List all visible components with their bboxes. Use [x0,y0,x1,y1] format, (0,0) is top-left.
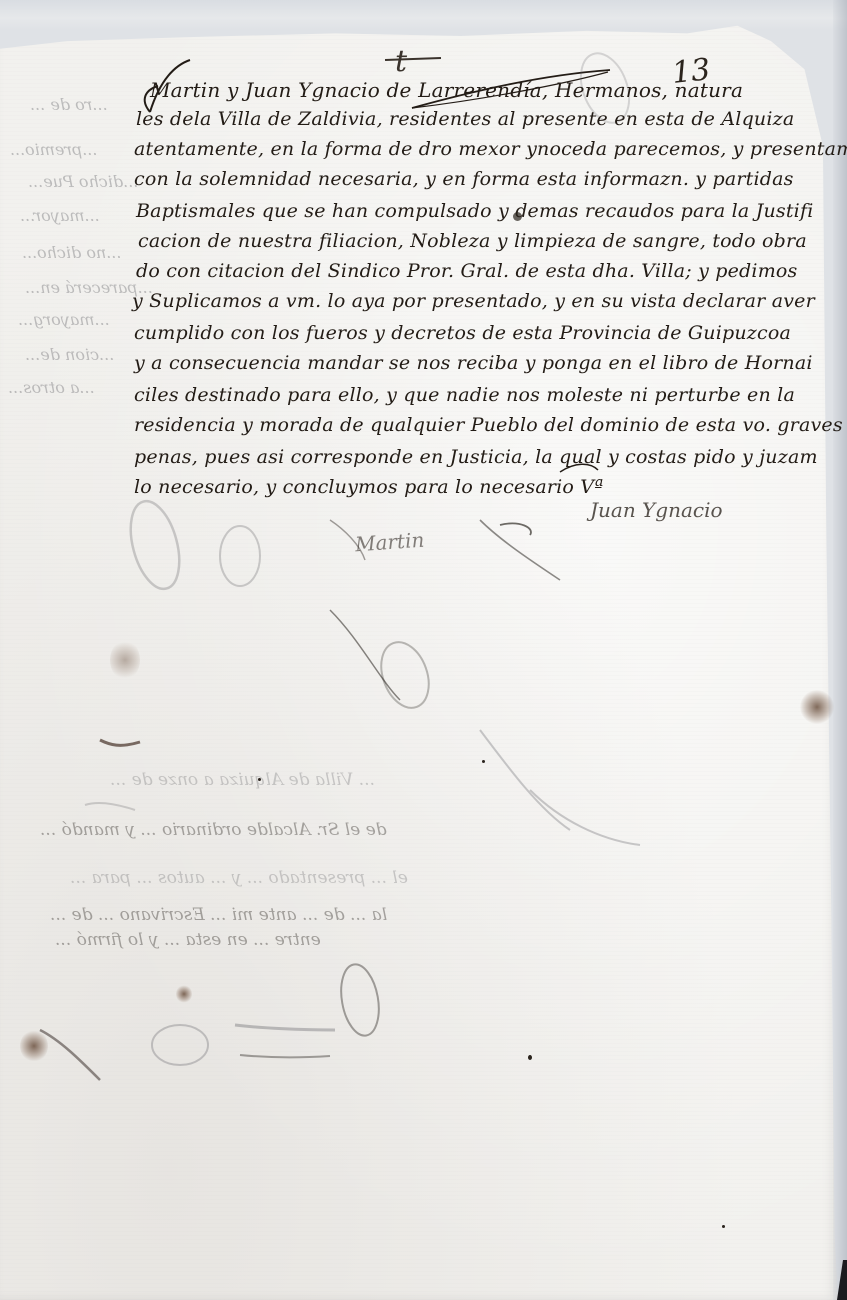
body-line: y Suplicamos a vm. lo aya por presentado… [132,290,815,312]
body-line: cumplido con los fueros y decretos de es… [134,322,791,344]
body-line: Baptismales que se han compulsado y dema… [136,200,813,222]
body-line: atentamente, en la forma de dro mexor yn… [134,138,847,160]
ink-spot [513,212,522,221]
top-mark: t [395,44,407,79]
ghost-line: ...ro de ... [30,95,108,114]
ink-speck [722,1225,725,1228]
signature-juan-ygnacio: Juan Ygnacio [590,498,723,522]
bleed-line: el ... presentado ... y ... autos ... pa… [70,868,408,888]
bleed-line: la ... de ... ante mi ... Escrivano ... … [50,905,387,925]
ink-speck [528,1055,532,1060]
ghost-line: ...mayorg... [18,310,110,329]
scanned-page: ...ro de ... ...premio... ...dicho Pue..… [0,0,847,1300]
ghost-line: ...mayor... [20,206,100,225]
ghost-line: ...dicho Pue... [28,172,138,191]
ghost-line: ...premio... [10,140,98,159]
ink-stain [176,985,192,1003]
body-line: residencia y morada de qualquier Pueblo … [134,414,843,436]
ink-speck [258,778,261,781]
ghost-line: ...no dicho... [22,243,122,262]
body-line: ciles destinado para ello, y que nadie n… [134,384,795,406]
body-line: do con citacion del Sindico Pror. Gral. … [136,260,798,282]
ink-stain [110,640,140,680]
ghost-line: ...a otros... [8,378,95,397]
body-line: cacion de nuestra filiacion, Nobleza y l… [138,230,807,252]
ghost-line: ...cion de... [25,345,114,364]
ink-speck [482,760,485,763]
body-line: y a consecuencia mandar se nos reciba y … [134,352,813,374]
body-line: con la solemnidad necesaria, y en forma … [134,168,794,190]
bleed-line: ... Villa de Alquiza a onze de ... [110,770,375,790]
bleed-line: de el Sr. Alcalde ordinario ... y mandó … [40,820,387,840]
page-edge-shadow [833,0,847,1300]
body-line: Martin y Juan Ygnacio de Larrerendía, He… [150,78,743,102]
ink-stain [800,690,834,724]
bleed-line: entre ... en esta ... y lo firmó ... [55,930,321,950]
body-line: lo necesario, y concluymos para lo neces… [134,476,603,498]
body-line: les dela Villa de Zaldivia, residentes a… [136,108,794,130]
body-line: penas, pues asi corresponde en Justicia,… [134,446,818,468]
ink-stain [20,1030,48,1062]
signature-martin: Martin [354,528,425,557]
